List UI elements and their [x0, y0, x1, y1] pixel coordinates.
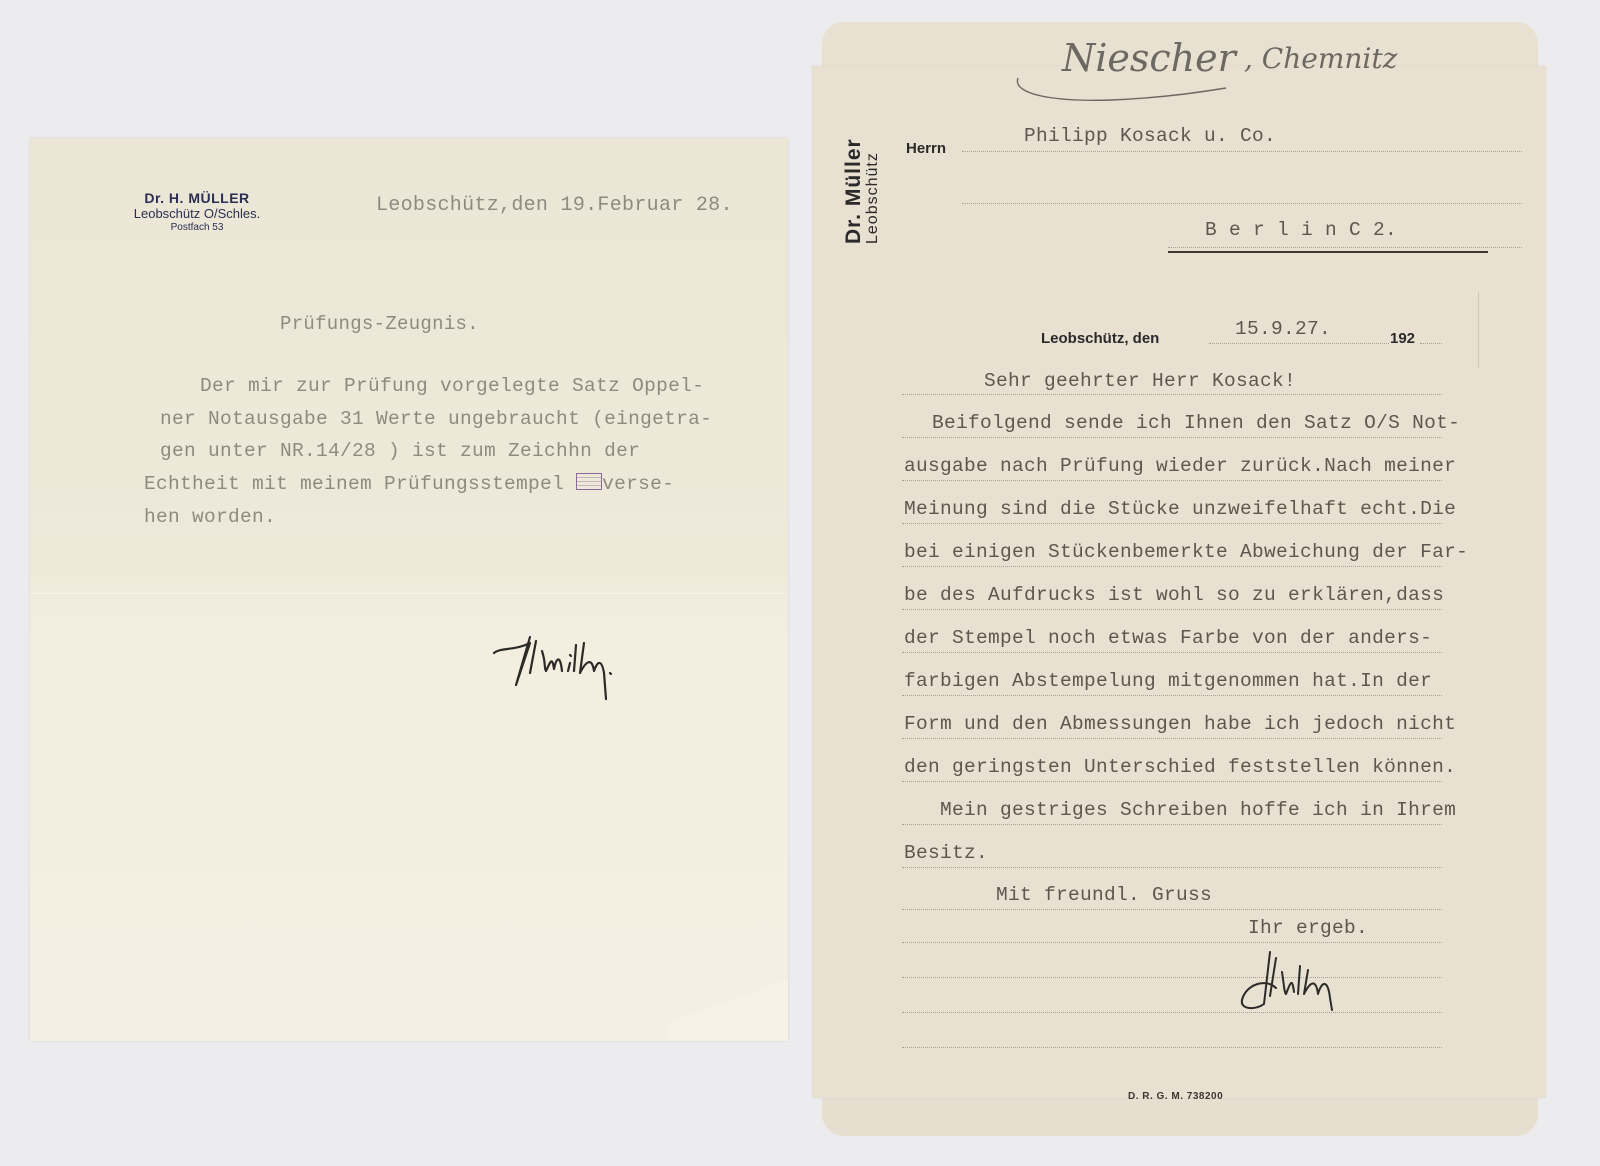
rule-15	[902, 1012, 1442, 1013]
body-line-2: ner Notausgabe 31 Werte ungebraucht (ein…	[160, 408, 712, 430]
date-line: Leobschütz,den 19.Februar 28.	[376, 194, 733, 217]
body-line-9: den geringsten Unterschied feststellen k…	[904, 756, 1456, 778]
rule-9	[902, 781, 1442, 782]
body-line-2: ausgabe nach Prüfung wieder zurück.Nach …	[904, 455, 1456, 477]
margin-mark	[1478, 292, 1479, 368]
closing-ergeben: Ihr ergeb.	[1248, 917, 1368, 939]
date-field-line	[1209, 343, 1389, 344]
salutation: Sehr geehrter Herr Kosack!	[984, 370, 1296, 392]
rule-1	[902, 437, 1442, 438]
rule-8	[902, 738, 1442, 739]
recipient-name: Philipp Kosack u. Co.	[1024, 125, 1276, 147]
body-line-5: hen worden.	[144, 506, 276, 528]
body-line-3: Meinung sind die Stücke unzweifelhaft ec…	[904, 498, 1456, 520]
body-line-1: Der mir zur Prüfung vorgelegte Satz Oppe…	[200, 375, 704, 397]
body-line-4-text: Echtheit mit meinem Prüfungsstempel	[144, 473, 564, 495]
city-underline	[1168, 251, 1488, 253]
year-prefix: 192	[1390, 330, 1415, 347]
body-line-11: Besitz.	[904, 842, 988, 864]
certificate-letter: Dr. H. MÜLLER Leobschütz O/Schles. Postf…	[30, 138, 788, 1041]
body-line-7: farbigen Abstempelung mitgenommen hat.In…	[904, 670, 1432, 692]
address-line-2	[962, 203, 1522, 204]
body-line-4-tail: verse-	[602, 473, 674, 495]
rule-3	[902, 523, 1442, 524]
body-line-1: Beifolgend sende ich Ihnen den Satz O/S …	[932, 412, 1460, 434]
body-line-10: Mein gestriges Schreiben hoffe ich in Ih…	[940, 799, 1456, 821]
handwritten-underline	[1012, 74, 1232, 104]
handwritten-city: , Chemnitz	[1244, 42, 1397, 75]
footer-patent-mark: D. R. G. M. 738200	[1128, 1091, 1223, 1102]
envelope-bottom-flap	[822, 1096, 1538, 1136]
rule-10	[902, 824, 1442, 825]
rule-13	[902, 942, 1442, 943]
paper-fold-line	[30, 593, 788, 595]
examiner-stamp-icon	[576, 473, 602, 490]
letterhead-name: Dr. H. MÜLLER	[102, 190, 292, 206]
signature-mueller-right	[1236, 948, 1356, 1018]
closing: Mit freundl. Gruss	[996, 884, 1212, 906]
address-line-3	[1168, 247, 1522, 248]
rule-7	[902, 695, 1442, 696]
year-field-line	[1420, 343, 1442, 344]
date-value: 15.9.27.	[1235, 318, 1331, 340]
body-line-8: Form und den Abmessungen habe ich jedoch…	[904, 713, 1456, 735]
letterhead-postbox: Postfach 53	[102, 222, 292, 233]
rule-5	[902, 609, 1442, 610]
document-title: Prüfungs-Zeugnis.	[280, 313, 479, 335]
reply-letter: Niescher , Chemnitz Dr. Müller Leobschüt…	[812, 66, 1546, 1098]
body-line-6: der Stempel noch etwas Farbe von der and…	[904, 627, 1432, 649]
address-label: Herrn	[906, 140, 946, 157]
vertical-letterhead: Dr. Müller Leobschütz	[842, 138, 882, 244]
body-line-3: gen unter NR.14/28 ) ist zum Zeichhn der	[160, 440, 640, 462]
body-line-4: Echtheit mit meinem Prüfungsstempel vers…	[144, 473, 674, 495]
date-label: Leobschütz, den	[1041, 330, 1159, 347]
rule-0	[902, 394, 1442, 395]
rule-16	[902, 1047, 1442, 1048]
recipient-city: B e r l i n C 2.	[1205, 219, 1397, 241]
vertical-letterhead-city: Leobschütz	[864, 138, 882, 244]
folded-corner	[668, 961, 788, 1041]
rule-12	[902, 909, 1442, 910]
letterhead-city: Leobschütz O/Schles.	[102, 206, 292, 221]
vertical-letterhead-name: Dr. Müller	[842, 138, 866, 244]
body-line-5: be des Aufdrucks ist wohl so zu erklären…	[904, 584, 1444, 606]
rule-6	[902, 652, 1442, 653]
rule-2	[902, 480, 1442, 481]
body-line-4: bei einigen Stückenbemerkte Abweichung d…	[904, 541, 1468, 563]
rule-4	[902, 566, 1442, 567]
signature-mueller	[490, 633, 640, 713]
rule-14	[902, 977, 1442, 978]
rule-11	[902, 867, 1442, 868]
address-line-1	[962, 151, 1522, 152]
